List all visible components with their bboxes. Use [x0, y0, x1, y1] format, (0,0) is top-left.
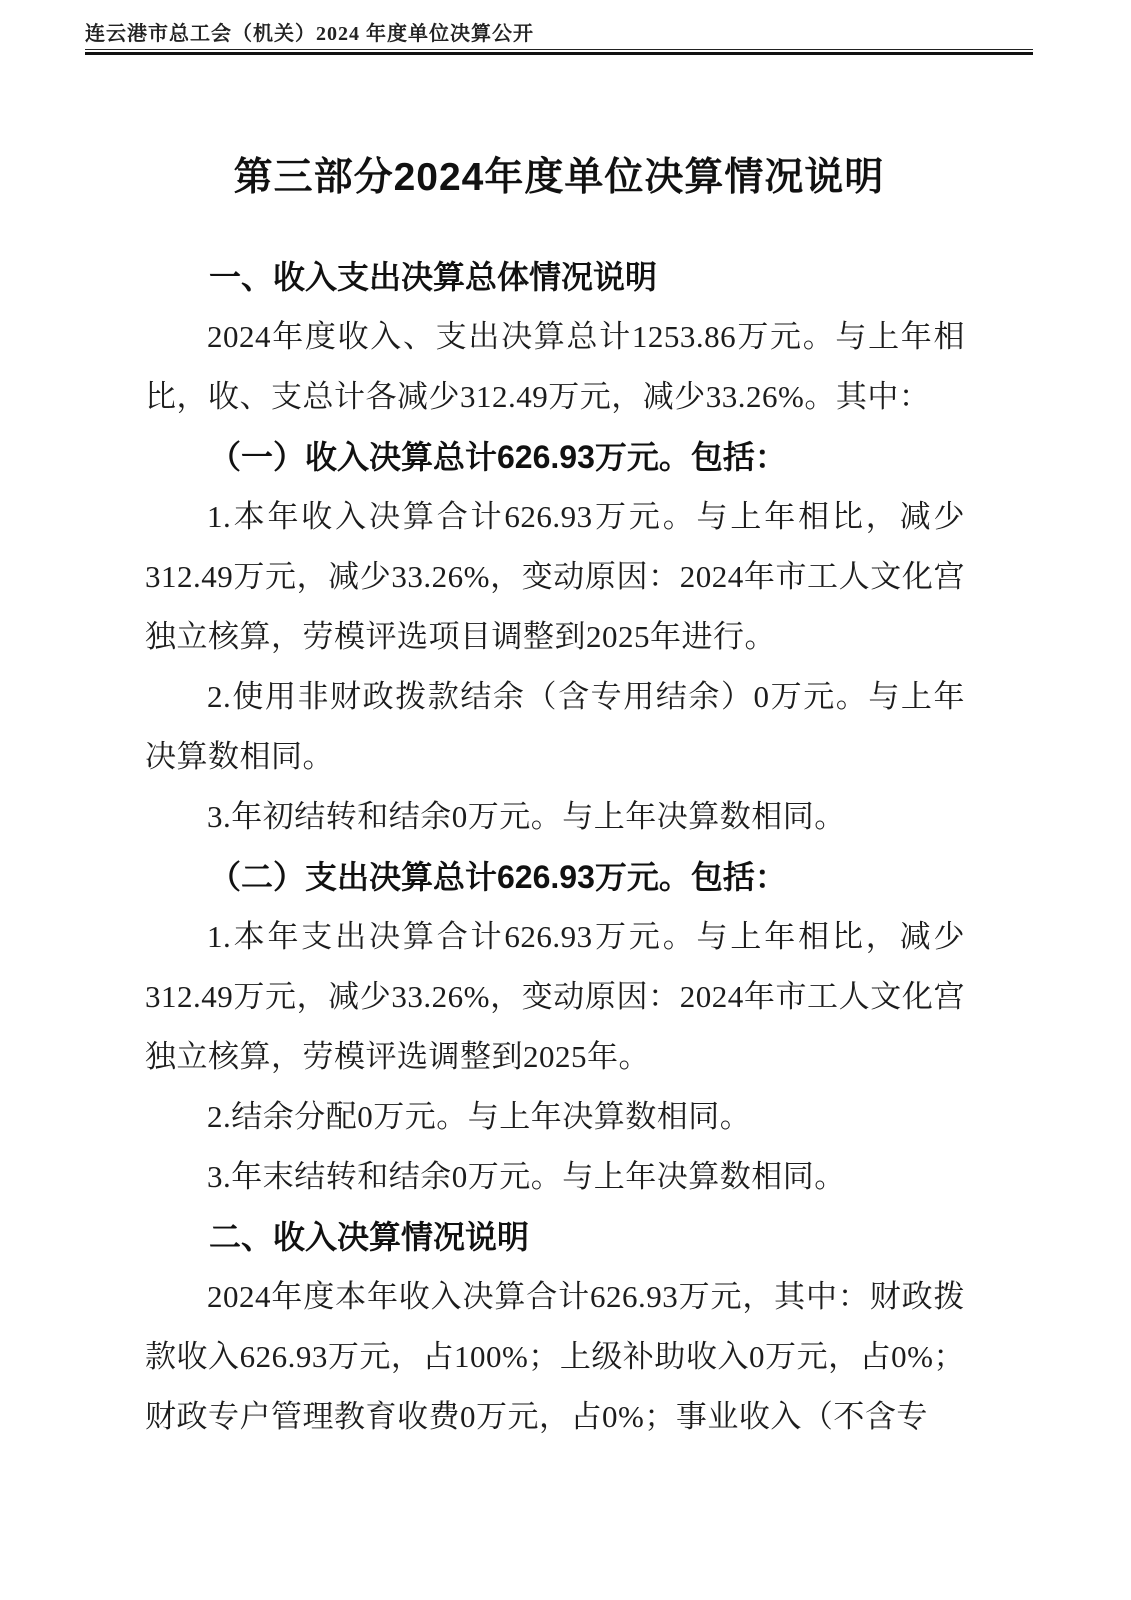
subsection-heading-expenditure-total: （二）支出决算总计626.93万元。包括：	[145, 847, 965, 907]
document-page: 连云港市总工会（机关）2024 年度单位决算公开 第三部分2024年度单位决算情…	[0, 0, 1131, 1600]
page-header-title: 连云港市总工会（机关）2024 年度单位决算公开	[85, 17, 1033, 46]
paragraph-expenditure-item-1: 1.本年支出决算合计626.93万元。与上年相比，减少312.49万元，减少33…	[145, 907, 965, 1087]
document-title: 第三部分2024年度单位决算情况说明	[85, 146, 1033, 202]
paragraph-expenditure-item-2: 2.结余分配0万元。与上年决算数相同。	[145, 1087, 965, 1147]
subsection-heading-income-total: （一）收入决算总计626.93万元。包括：	[145, 427, 965, 487]
paragraph-overview-totals: 2024年度收入、支出决算总计1253.86万元。与上年相比，收、支总计各减少3…	[145, 307, 965, 427]
paragraph-income-item-1: 1.本年收入决算合计626.93万元。与上年相比，减少312.49万元，减少33…	[145, 487, 965, 667]
document-body: 一、收入支出决算总体情况说明 2024年度收入、支出决算总计1253.86万元。…	[145, 247, 965, 1447]
section-heading-income-expenditure-overview: 一、收入支出决算总体情况说明	[145, 247, 965, 307]
page-header: 连云港市总工会（机关）2024 年度单位决算公开	[85, 17, 1033, 55]
section-heading-income-statement: 二、收入决算情况说明	[145, 1207, 965, 1267]
paragraph-income-statement-detail: 2024年度本年收入决算合计626.93万元，其中：财政拨款收入626.93万元…	[145, 1267, 965, 1447]
header-divider-rule	[85, 49, 1033, 55]
paragraph-income-item-3: 3.年初结转和结余0万元。与上年决算数相同。	[145, 787, 965, 847]
paragraph-expenditure-item-3: 3.年末结转和结余0万元。与上年决算数相同。	[145, 1147, 965, 1207]
paragraph-income-item-2: 2.使用非财政拨款结余（含专用结余）0万元。与上年决算数相同。	[145, 667, 965, 787]
